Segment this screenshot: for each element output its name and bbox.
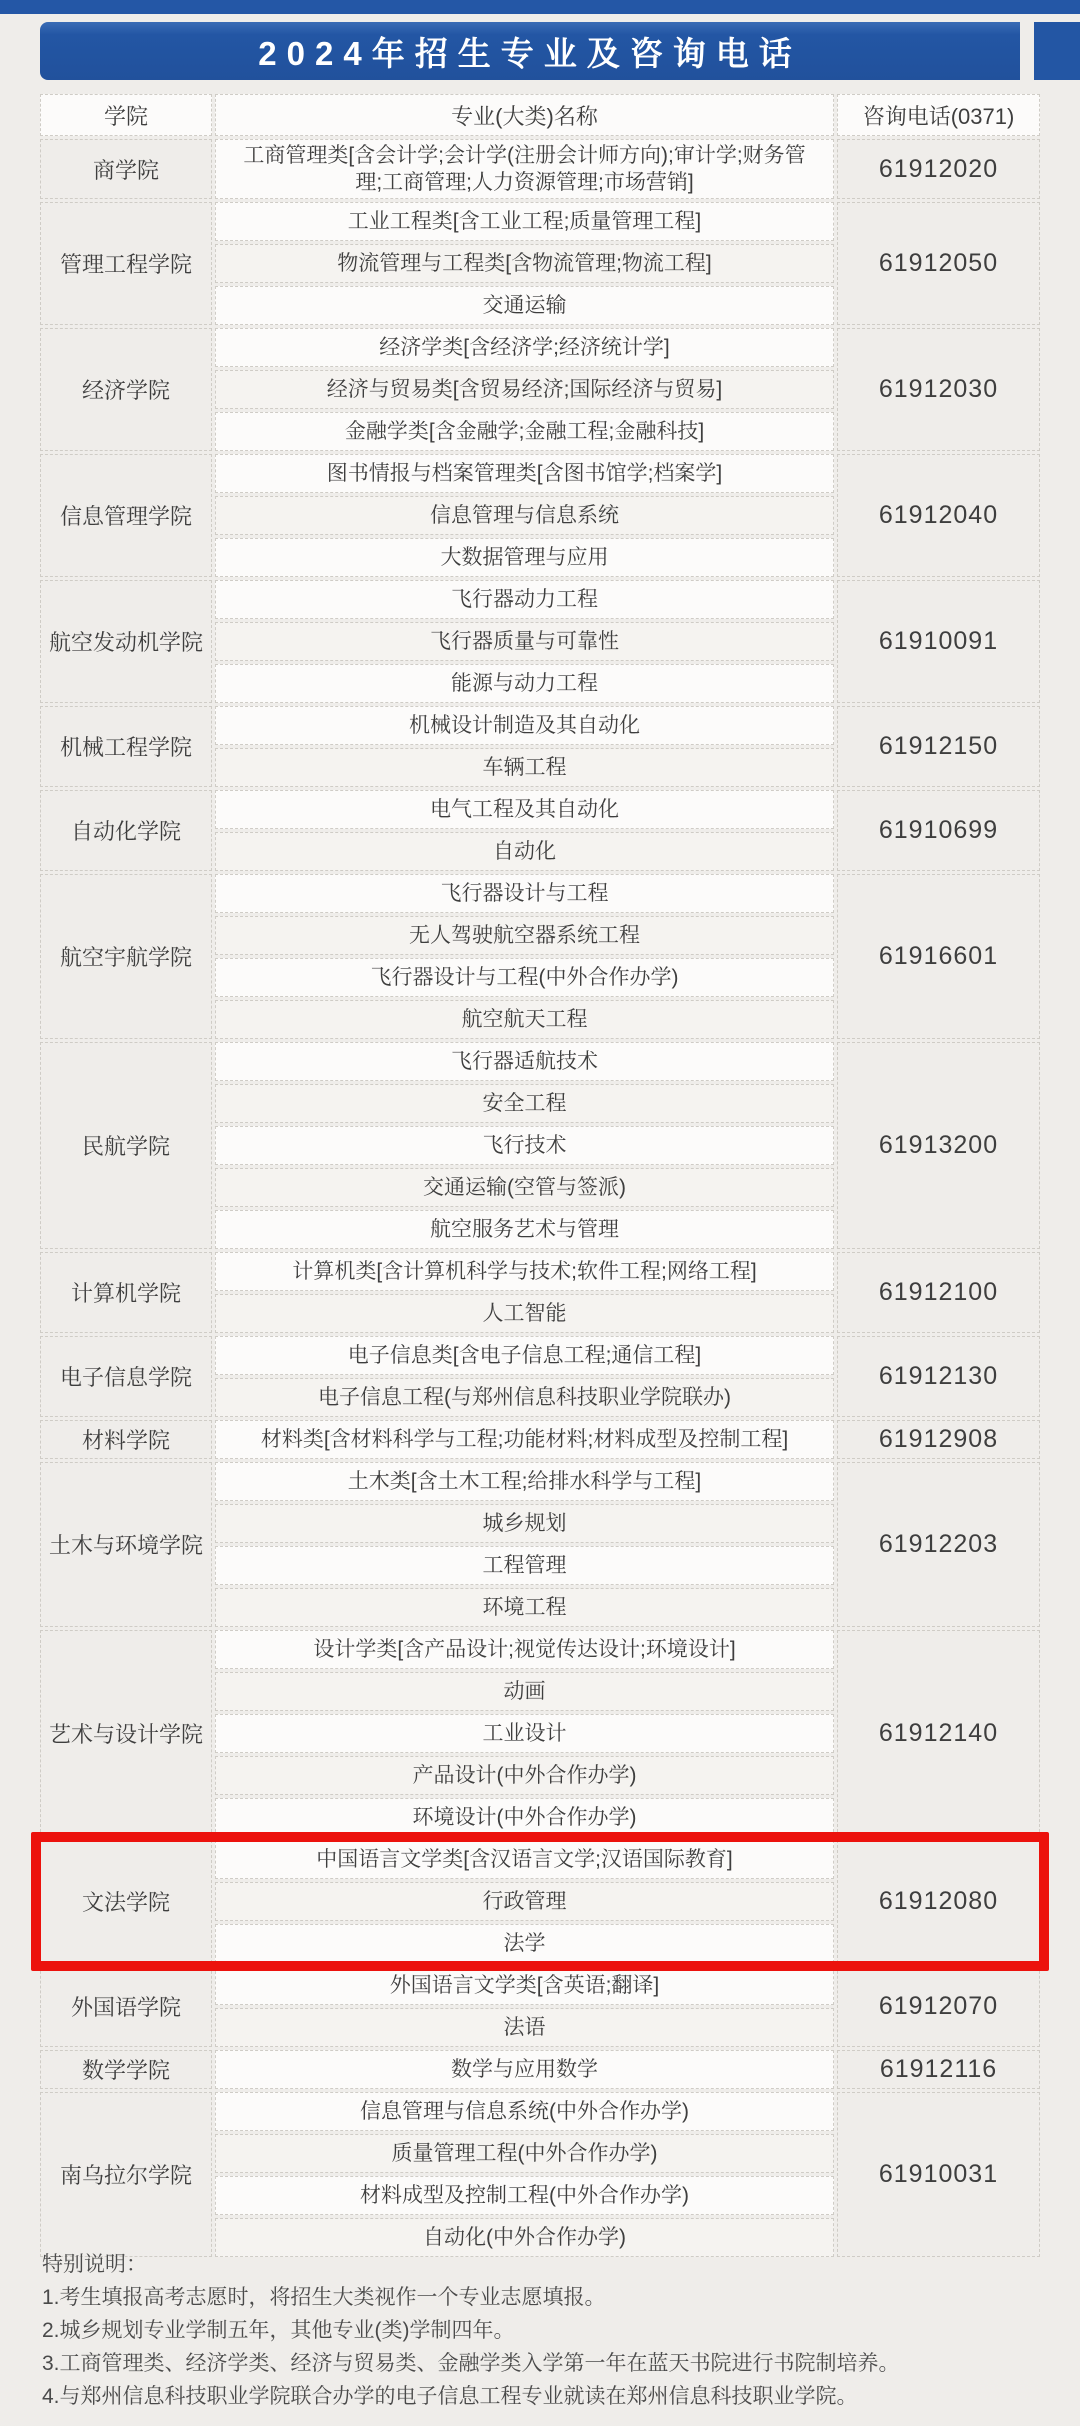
college-name: 计算机学院 <box>40 1252 212 1333</box>
college-name: 航空宇航学院 <box>40 874 212 1039</box>
college-group: 计算机学院 计算机类[含计算机科学与技术;软件工程;网络工程] 人工智能 619… <box>40 1252 1040 1333</box>
major-cell: 行政管理 <box>215 1882 834 1921</box>
phone-number: 61912203 <box>837 1462 1040 1627</box>
majors-list: 计算机类[含计算机科学与技术;软件工程;网络工程] 人工智能 <box>215 1252 834 1333</box>
college-group: 土木与环境学院 土木类[含土木工程;给排水科学与工程] 城乡规划 工程管理 环境… <box>40 1462 1040 1627</box>
major-cell: 能源与动力工程 <box>215 664 834 703</box>
major-cell: 电气工程及其自动化 <box>215 790 834 829</box>
college-name: 文法学院 <box>40 1840 212 1963</box>
college-group: 外国语学院 外国语言文学类[含英语;翻译] 法语 61912070 <box>40 1966 1040 2047</box>
college-group: 南乌拉尔学院 信息管理与信息系统(中外合作办学) 质量管理工程(中外合作办学) … <box>40 2092 1040 2257</box>
college-name: 信息管理学院 <box>40 454 212 577</box>
college-name: 管理工程学院 <box>40 202 212 325</box>
major-cell: 车辆工程 <box>215 748 834 787</box>
major-cell: 电子信息类[含电子信息工程;通信工程] <box>215 1336 834 1375</box>
majors-list: 飞行器适航技术 安全工程 飞行技术 交通运输(空管与签派) 航空服务艺术与管理 <box>215 1042 834 1249</box>
major-cell: 航空航天工程 <box>215 1000 834 1039</box>
major-cell: 飞行技术 <box>215 1126 834 1165</box>
majors-list: 图书情报与档案管理类[含图书馆学;档案学] 信息管理与信息系统 大数据管理与应用 <box>215 454 834 577</box>
table-header-row: 学院 专业(大类)名称 咨询电话(0371) <box>40 94 1040 136</box>
college-name: 电子信息学院 <box>40 1336 212 1417</box>
majors-list: 机械设计制造及其自动化 车辆工程 <box>215 706 834 787</box>
phone-number: 61912020 <box>837 139 1040 199</box>
major-cell: 动画 <box>215 1672 834 1711</box>
college-name: 商学院 <box>40 139 212 199</box>
college-group: 艺术与设计学院 设计学类[含产品设计;视觉传达设计;环境设计] 动画 工业设计 … <box>40 1630 1040 1837</box>
major-cell: 信息管理与信息系统(中外合作办学) <box>215 2092 834 2131</box>
majors-list: 飞行器设计与工程 无人驾驶航空器系统工程 飞行器设计与工程(中外合作办学) 航空… <box>215 874 834 1039</box>
major-cell: 工商管理类[含会计学;会计学(注册会计师方向);审计学;财务管理;工商管理;人力… <box>215 139 834 199</box>
phone-number: 61912150 <box>837 706 1040 787</box>
phone-number: 61912140 <box>837 1630 1040 1837</box>
major-cell: 大数据管理与应用 <box>215 538 834 577</box>
note-item: 1.考生填报高考志愿时，将招生大类视作一个专业志愿填报。 <box>42 2281 1042 2314</box>
college-name: 航空发动机学院 <box>40 580 212 703</box>
phone-number: 61912908 <box>837 1420 1040 1459</box>
phone-number: 61912050 <box>837 202 1040 325</box>
majors-list: 经济学类[含经济学;经济统计学] 经济与贸易类[含贸易经济;国际经济与贸易] 金… <box>215 328 834 451</box>
college-group: 电子信息学院 电子信息类[含电子信息工程;通信工程] 电子信息工程(与郑州信息科… <box>40 1336 1040 1417</box>
college-group: 航空发动机学院 飞行器动力工程 飞行器质量与可靠性 能源与动力工程 619100… <box>40 580 1040 703</box>
phone-number: 61910699 <box>837 790 1040 871</box>
note-item: 4.与郑州信息科技职业学院联合办学的电子信息工程专业就读在郑州信息科技职业学院。 <box>42 2380 1042 2413</box>
majors-list: 设计学类[含产品设计;视觉传达设计;环境设计] 动画 工业设计 产品设计(中外合… <box>215 1630 834 1837</box>
major-cell: 飞行器动力工程 <box>215 580 834 619</box>
major-cell: 工业设计 <box>215 1714 834 1753</box>
phone-number: 61912030 <box>837 328 1040 451</box>
college-name: 外国语学院 <box>40 1966 212 2047</box>
page: { "title": "2024年招生专业及咨询电话", "columns": … <box>0 0 1080 2426</box>
majors-list: 土木类[含土木工程;给排水科学与工程] 城乡规划 工程管理 环境工程 <box>215 1462 834 1627</box>
phone-number: 61912116 <box>837 2050 1040 2089</box>
major-cell: 数学与应用数学 <box>215 2050 834 2089</box>
major-cell: 产品设计(中外合作办学) <box>215 1756 834 1795</box>
college-name: 艺术与设计学院 <box>40 1630 212 1837</box>
phone-number: 61912070 <box>837 1966 1040 2047</box>
major-cell: 飞行器设计与工程(中外合作办学) <box>215 958 834 997</box>
college-group: 民航学院 飞行器适航技术 安全工程 飞行技术 交通运输(空管与签派) 航空服务艺… <box>40 1042 1040 1249</box>
major-cell: 交通运输 <box>215 286 834 325</box>
college-name: 机械工程学院 <box>40 706 212 787</box>
college-group: 管理工程学院 工业工程类[含工业工程;质量管理工程] 物流管理与工程类[含物流管… <box>40 202 1040 325</box>
major-cell: 外国语言文学类[含英语;翻译] <box>215 1966 834 2005</box>
college-name: 自动化学院 <box>40 790 212 871</box>
college-group: 机械工程学院 机械设计制造及其自动化 车辆工程 61912150 <box>40 706 1040 787</box>
major-cell: 无人驾驶航空器系统工程 <box>215 916 834 955</box>
majors-list: 外国语言文学类[含英语;翻译] 法语 <box>215 1966 834 2047</box>
phone-column-header: 咨询电话(0371) <box>837 94 1040 136</box>
phone-number: 61916601 <box>837 874 1040 1039</box>
college-name: 民航学院 <box>40 1042 212 1249</box>
title-banner: 2024年招生专业及咨询电话 <box>40 22 1020 80</box>
major-cell: 人工智能 <box>215 1294 834 1333</box>
major-cell: 设计学类[含产品设计;视觉传达设计;环境设计] <box>215 1630 834 1669</box>
majors-list: 材料类[含材料科学与工程;功能材料;材料成型及控制工程] <box>215 1420 834 1459</box>
phone-number: 61910031 <box>837 2092 1040 2257</box>
major-cell: 信息管理与信息系统 <box>215 496 834 535</box>
college-column-header: 学院 <box>40 94 212 136</box>
phone-number: 61913200 <box>837 1042 1040 1249</box>
admissions-table: 学院 专业(大类)名称 咨询电话(0371) 商学院 工商管理类[含会计学;会计… <box>40 94 1040 2260</box>
majors-list: 中国语言文学类[含汉语言文学;汉语国际教育] 行政管理 法学 <box>215 1840 834 1963</box>
college-name: 材料学院 <box>40 1420 212 1459</box>
college-group: 经济学院 经济学类[含经济学;经济统计学] 经济与贸易类[含贸易经济;国际经济与… <box>40 328 1040 451</box>
phone-number: 61912130 <box>837 1336 1040 1417</box>
majors-list: 工商管理类[含会计学;会计学(注册会计师方向);审计学;财务管理;工商管理;人力… <box>215 139 834 199</box>
major-cell: 电子信息工程(与郑州信息科技职业学院联办) <box>215 1378 834 1417</box>
college-group: 材料学院 材料类[含材料科学与工程;功能材料;材料成型及控制工程] 619129… <box>40 1420 1040 1459</box>
major-cell: 土木类[含土木工程;给排水科学与工程] <box>215 1462 834 1501</box>
note-item: 3.工商管理类、经济学类、经济与贸易类、金融学类入学第一年在蓝天书院进行书院制培… <box>42 2347 1042 2380</box>
college-name: 南乌拉尔学院 <box>40 2092 212 2257</box>
majors-list: 电气工程及其自动化 自动化 <box>215 790 834 871</box>
major-cell: 机械设计制造及其自动化 <box>215 706 834 745</box>
phone-number: 61912080 <box>837 1840 1040 1963</box>
college-group: 信息管理学院 图书情报与档案管理类[含图书馆学;档案学] 信息管理与信息系统 大… <box>40 454 1040 577</box>
major-cell: 中国语言文学类[含汉语言文学;汉语国际教育] <box>215 1840 834 1879</box>
major-cell: 环境工程 <box>215 1588 834 1627</box>
major-cell: 图书情报与档案管理类[含图书馆学;档案学] <box>215 454 834 493</box>
major-cell: 航空服务艺术与管理 <box>215 1210 834 1249</box>
major-cell: 经济学类[含经济学;经济统计学] <box>215 328 834 367</box>
major-cell: 材料成型及控制工程(中外合作办学) <box>215 2176 834 2215</box>
banner-right-patch <box>1034 22 1080 80</box>
major-cell: 安全工程 <box>215 1084 834 1123</box>
major-cell: 金融学类[含金融学;金融工程;金融科技] <box>215 412 834 451</box>
college-group: 自动化学院 电气工程及其自动化 自动化 61910699 <box>40 790 1040 871</box>
majors-list: 工业工程类[含工业工程;质量管理工程] 物流管理与工程类[含物流管理;物流工程]… <box>215 202 834 325</box>
majors-list: 信息管理与信息系统(中外合作办学) 质量管理工程(中外合作办学) 材料成型及控制… <box>215 2092 834 2257</box>
major-cell: 工业工程类[含工业工程;质量管理工程] <box>215 202 834 241</box>
notes-heading: 特别说明： <box>42 2248 1042 2281</box>
college-group: 数学学院 数学与应用数学 61912116 <box>40 2050 1040 2089</box>
note-item: 2.城乡规划专业学制五年，其他专业(类)学制四年。 <box>42 2314 1042 2347</box>
major-cell: 城乡规划 <box>215 1504 834 1543</box>
major-cell: 飞行器设计与工程 <box>215 874 834 913</box>
major-cell: 物流管理与工程类[含物流管理;物流工程] <box>215 244 834 283</box>
major-column-header: 专业(大类)名称 <box>215 94 834 136</box>
college-group-highlighted: 文法学院 中国语言文学类[含汉语言文学;汉语国际教育] 行政管理 法学 6191… <box>40 1840 1040 1963</box>
phone-number: 61912040 <box>837 454 1040 577</box>
majors-list: 数学与应用数学 <box>215 2050 834 2089</box>
majors-list: 电子信息类[含电子信息工程;通信工程] 电子信息工程(与郑州信息科技职业学院联办… <box>215 1336 834 1417</box>
page-title: 2024年招生专业及咨询电话 <box>258 28 801 75</box>
majors-list: 飞行器动力工程 飞行器质量与可靠性 能源与动力工程 <box>215 580 834 703</box>
major-cell: 法学 <box>215 1924 834 1963</box>
major-cell: 法语 <box>215 2008 834 2047</box>
major-cell: 交通运输(空管与签派) <box>215 1168 834 1207</box>
college-group: 商学院 工商管理类[含会计学;会计学(注册会计师方向);审计学;财务管理;工商管… <box>40 139 1040 199</box>
major-cell: 工程管理 <box>215 1546 834 1585</box>
major-cell: 经济与贸易类[含贸易经济;国际经济与贸易] <box>215 370 834 409</box>
major-cell: 质量管理工程(中外合作办学) <box>215 2134 834 2173</box>
college-name: 土木与环境学院 <box>40 1462 212 1627</box>
college-name: 经济学院 <box>40 328 212 451</box>
major-cell: 材料类[含材料科学与工程;功能材料;材料成型及控制工程] <box>215 1420 834 1459</box>
college-name: 数学学院 <box>40 2050 212 2089</box>
top-blue-strip <box>0 0 1080 14</box>
major-cell: 计算机类[含计算机科学与技术;软件工程;网络工程] <box>215 1252 834 1291</box>
special-notes: 特别说明： 1.考生填报高考志愿时，将招生大类视作一个专业志愿填报。 2.城乡规… <box>42 2248 1042 2413</box>
college-group: 航空宇航学院 飞行器设计与工程 无人驾驶航空器系统工程 飞行器设计与工程(中外合… <box>40 874 1040 1039</box>
phone-number: 61912100 <box>837 1252 1040 1333</box>
phone-number: 61910091 <box>837 580 1040 703</box>
major-cell: 飞行器质量与可靠性 <box>215 622 834 661</box>
major-cell: 飞行器适航技术 <box>215 1042 834 1081</box>
major-cell: 自动化 <box>215 832 834 871</box>
major-cell: 环境设计(中外合作办学) <box>215 1798 834 1837</box>
